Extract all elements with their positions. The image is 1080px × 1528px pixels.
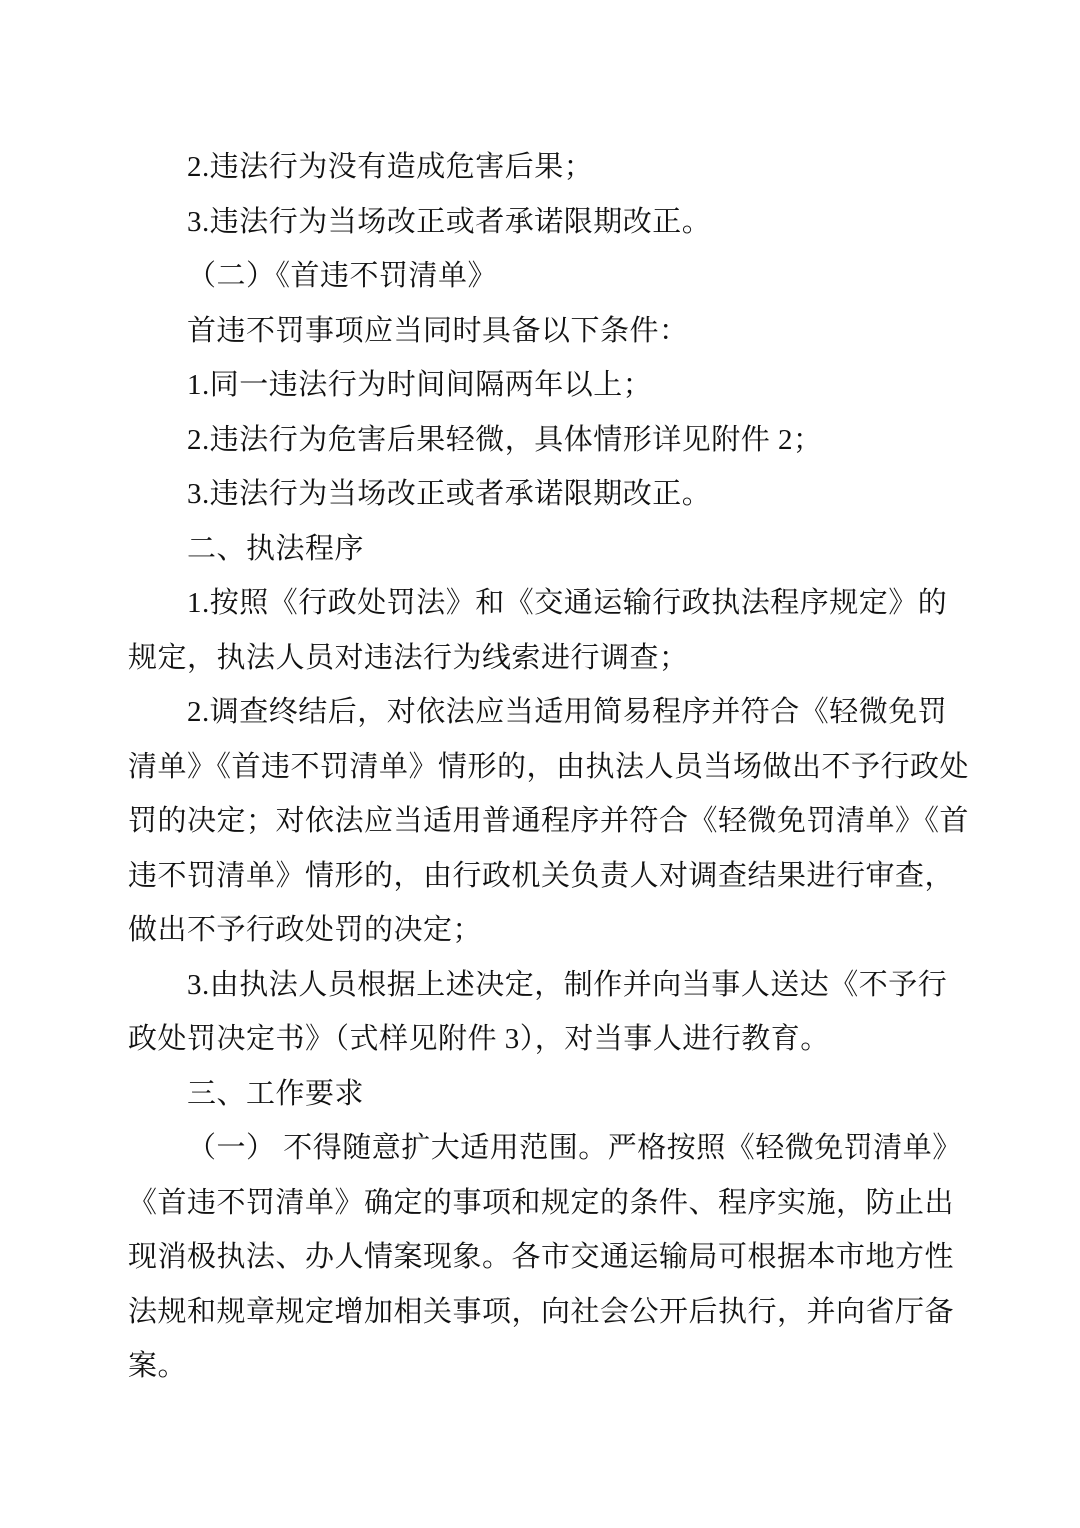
text-line: 2.违法行为危害后果轻微，具体情形详见附件 2； [128, 413, 956, 468]
text-line: 3.由执法人员根据上述决定，制作并向当事人送达《不予行 [128, 958, 956, 1013]
text-line: （二）《首违不罚清单》 [128, 249, 956, 304]
text-line: 罚的决定；对依法应当适用普通程序并符合《轻微免罚清单》《首 [128, 794, 956, 849]
text-line: 首违不罚事项应当同时具备以下条件： [128, 304, 956, 359]
text-line: 《首违不罚清单》确定的事项和规定的条件、程序实施，防止出 [128, 1176, 956, 1231]
text-line: 2.调查终结后，对依法应当适用简易程序并符合《轻微免罚 [128, 685, 956, 740]
text-line: 案。 [128, 1339, 956, 1394]
text-line: 违不罚清单》情形的，由行政机关负责人对调查结果进行审查， [128, 849, 956, 904]
text-line: 2.违法行为没有造成危害后果； [128, 140, 956, 195]
text-line: 三、工作要求 [128, 1067, 956, 1122]
text-line: （一） 不得随意扩大适用范围。严格按照《轻微免罚清单》 [128, 1121, 956, 1176]
text-line: 1.按照《行政处罚法》和《交通运输行政执法程序规定》的 [128, 576, 956, 631]
text-line: 3.违法行为当场改正或者承诺限期改正。 [128, 467, 956, 522]
text-line: 做出不予行政处罚的决定； [128, 903, 956, 958]
document-page: 2.违法行为没有造成危害后果；3.违法行为当场改正或者承诺限期改正。（二）《首违… [0, 0, 1080, 1528]
text-line: 规定，执法人员对违法行为线索进行调查； [128, 631, 956, 686]
text-line: 1.同一违法行为时间间隔两年以上； [128, 358, 956, 413]
document-text-block: 2.违法行为没有造成危害后果；3.违法行为当场改正或者承诺限期改正。（二）《首违… [128, 140, 956, 1394]
text-line: 二、执法程序 [128, 522, 956, 577]
text-line: 政处罚决定书》（式样见附件 3），对当事人进行教育。 [128, 1012, 956, 1067]
text-line: 清单》《首违不罚清单》情形的，由执法人员当场做出不予行政处 [128, 740, 956, 795]
text-line: 法规和规章规定增加相关事项，向社会公开后执行，并向省厅备 [128, 1285, 956, 1340]
text-line: 现消极执法、办人情案现象。各市交通运输局可根据本市地方性 [128, 1230, 956, 1285]
text-line: 3.违法行为当场改正或者承诺限期改正。 [128, 195, 956, 250]
